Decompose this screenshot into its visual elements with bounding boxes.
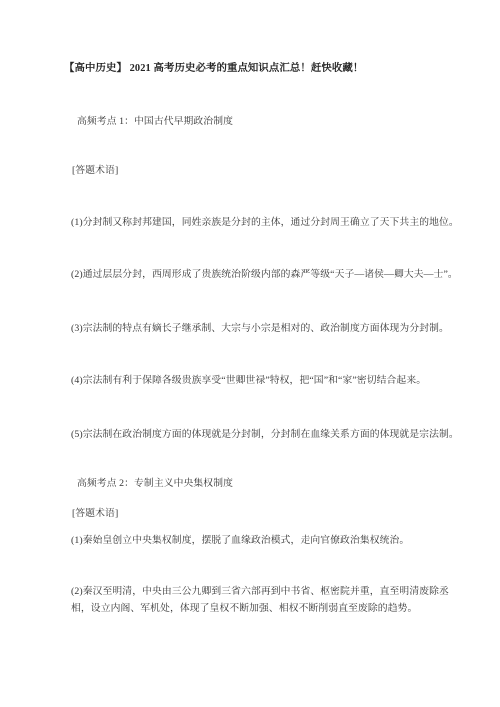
page-title: 【高中历史】 2021 高考历史必考的重点知识点汇总！赶快收藏！: [64, 61, 363, 76]
section-2-heading: 高频考点 2：专制主义中央集权制度: [77, 476, 233, 491]
section-2-point-1: (1)秦始皇创立中央集权制度，摆脱了血缘政治模式，走向官僚政治集权统治。: [71, 533, 409, 548]
section-2-subheading: [答题术语]: [72, 506, 118, 521]
section-1-subheading: [答题术语]: [72, 163, 118, 178]
section-2-point-2: (2)秦汉至明清，中央由三公九卿到三省六部再到中书省、枢密院并重，直至明清废除丞…: [71, 584, 464, 617]
section-1-heading: 高频考点 1：中国古代早期政治制度: [77, 114, 233, 129]
section-1-point-4: (4)宗法制有利于保障各级贵族享受“世卿世禄”特权，把“国”和“家”密切结合起来…: [71, 373, 426, 388]
section-1-point-1: (1)分封制又称封邦建国，同姓亲族是分封的主体，通过分封周王确立了天下共主的地位…: [71, 215, 459, 230]
document-page: 【高中历史】 2021 高考历史必考的重点知识点汇总！赶快收藏！ 高频考点 1：…: [0, 0, 500, 707]
section-1-point-5: (5)宗法制在政治制度方面的体现就是分封制，分封制在血缘关系方面的体现就是宗法制…: [71, 427, 459, 442]
section-1-point-3: (3)宗法制的特点有嫡长子继承制、大宗与小宗是相对的、政治制度方面体现为分封制。: [71, 321, 449, 336]
section-1-point-2: (2)通过层层分封，西周形成了贵族统治阶级内部的森严等级“天子—诸侯—卿大夫—士…: [71, 267, 458, 282]
